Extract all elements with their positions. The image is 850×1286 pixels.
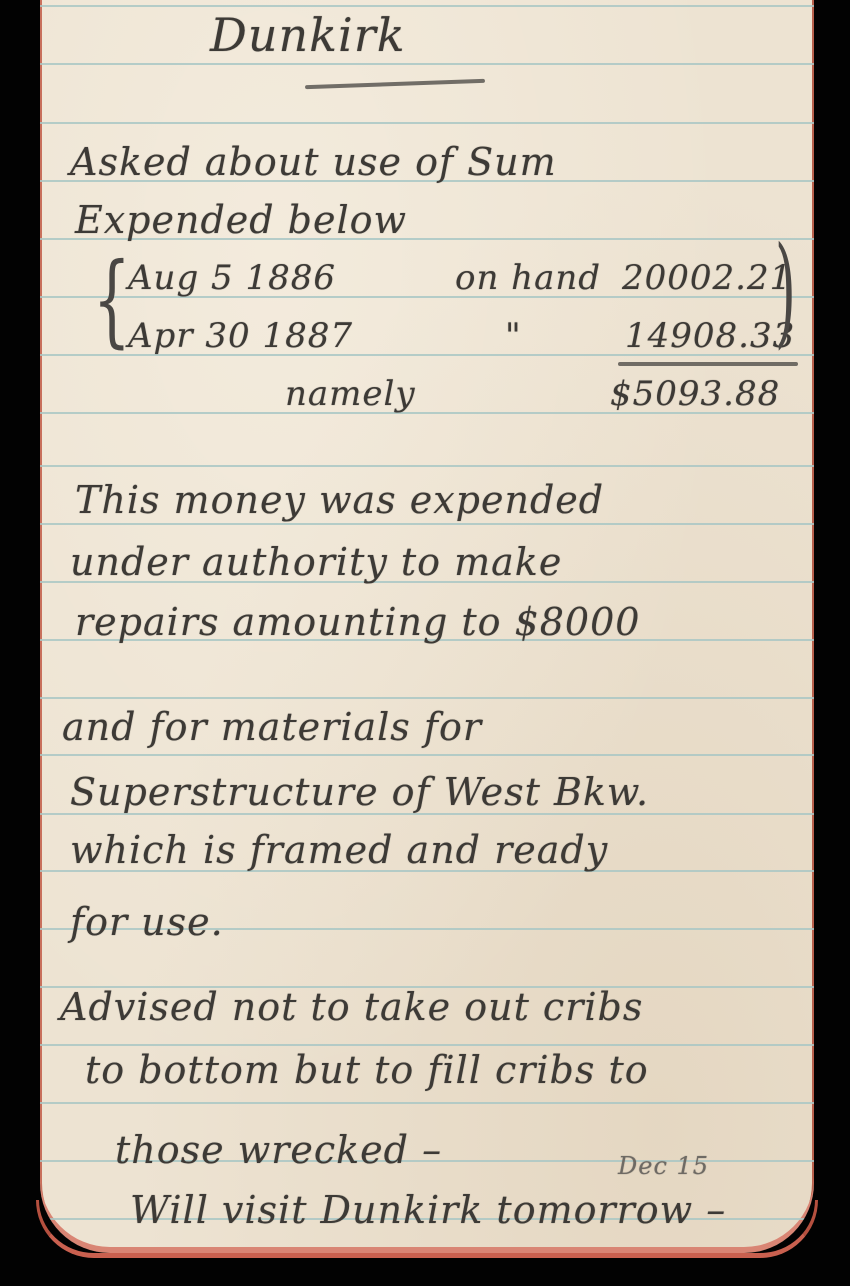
ruled-line (40, 1044, 814, 1046)
page-title: Dunkirk (210, 8, 406, 62)
text-line: Advised not to take out cribs (60, 985, 643, 1029)
text-line: and for materials for (62, 705, 482, 749)
ruled-line (40, 122, 814, 124)
text-line: Expended below (75, 198, 407, 242)
ledger-note: on hand (455, 258, 601, 298)
ruled-line (40, 63, 814, 65)
scanned-notebook-page: Dunkirk Asked about use of Sum Expended … (0, 0, 850, 1286)
ledger-amount: 14908.33 (625, 316, 795, 356)
text-line: Will visit Dunkirk tomorrow – (130, 1188, 726, 1232)
text-line: for use. (70, 900, 224, 944)
ruled-line (40, 5, 814, 7)
ledger-date: Aug 5 1886 (128, 258, 336, 298)
text-line: This money was expended (75, 478, 604, 522)
ruled-line (40, 754, 814, 756)
sum-underline (618, 362, 798, 366)
ledger-amount: 20002.21 (622, 258, 792, 298)
text-line: which is framed and ready (70, 828, 608, 872)
left-brace: { (93, 250, 131, 350)
ruled-line (40, 1102, 814, 1104)
ledger-note: " (505, 316, 522, 356)
text-line: those wrecked – (115, 1128, 442, 1172)
ledger-total-amount: $5093.88 (610, 374, 780, 414)
ruled-line (40, 523, 814, 525)
ruled-line (40, 697, 814, 699)
text-line: under authority to make (70, 540, 562, 584)
text-line: Asked about use of Sum (70, 140, 557, 184)
ledger-total-label: namely (285, 374, 416, 414)
margin-date-note: Dec 15 (618, 1152, 709, 1180)
text-line: repairs amounting to $8000 (75, 600, 640, 644)
ruled-line (40, 465, 814, 467)
text-line: to bottom but to fill cribs to (85, 1048, 649, 1092)
text-line: Superstructure of West Bkw. (70, 770, 649, 814)
right-brace: ) (775, 232, 796, 352)
ledger-date: Apr 30 1887 (128, 316, 353, 356)
